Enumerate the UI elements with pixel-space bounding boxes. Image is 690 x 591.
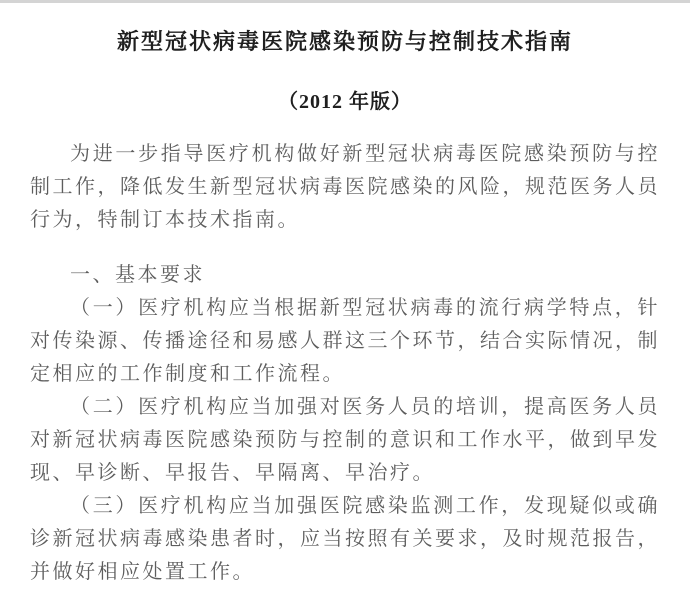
body-paragraph-3: （三）医疗机构应当加强医院感染监测工作，发现疑似或确诊新冠状病毒感染患者时，应当…: [30, 490, 660, 589]
body-paragraph-1: （一）医疗机构应当根据新型冠状病毒的流行病学特点，针对传染源、传播途径和易感人群…: [30, 292, 660, 391]
scan-top-edge: [0, 0, 690, 3]
document-page: 新型冠状病毒医院感染预防与控制技术指南 （2012 年版） 为进一步指导医疗机构…: [0, 0, 690, 591]
section-heading: 一、基本要求: [30, 259, 660, 292]
document-title: 新型冠状病毒医院感染预防与控制技术指南: [30, 28, 660, 56]
body-paragraph-2: （二）医疗机构应当加强对医务人员的培训，提高医务人员对新冠状病毒医院感染预防与控…: [30, 391, 660, 490]
intro-paragraph: 为进一步指导医疗机构做好新型冠状病毒医院感染预防与控制工作，降低发生新型冠状病毒…: [30, 138, 660, 237]
document-subtitle: （2012 年版）: [30, 88, 660, 116]
